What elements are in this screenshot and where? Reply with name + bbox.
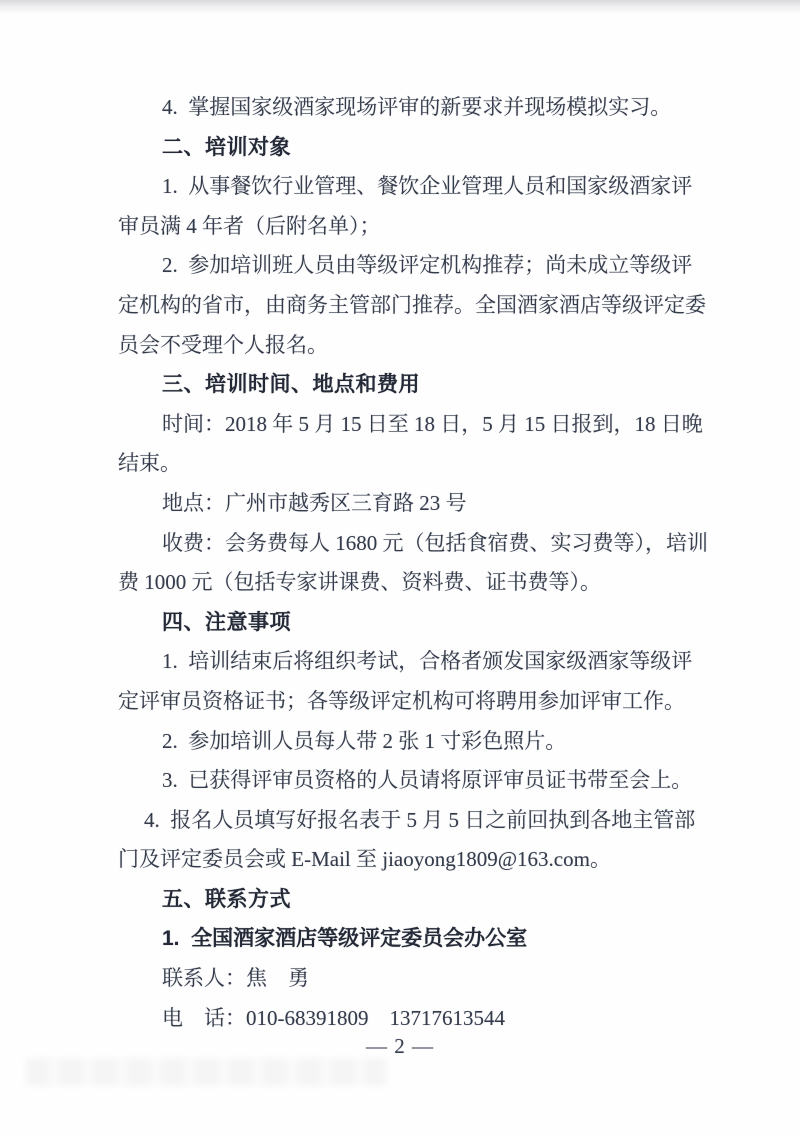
doc-line: 2. 参加培训班人员由等级评定机构推荐；尚未成立等级评 (118, 246, 758, 286)
doc-line: 4. 掌握国家级酒家现场评审的新要求并现场模拟实习。 (118, 88, 758, 128)
doc-line: 定评审员资格证书；各等级评定机构可将聘用参加评审工作。 (118, 682, 758, 722)
doc-line: 4. 报名人员填写好报名表于 5 月 5 日之前回执到各地主管部 (118, 801, 758, 841)
doc-line: 1. 培训结束后将组织考试，合格者颁发国家级酒家等级评 (118, 642, 758, 682)
section-heading: 二、培训对象 (118, 128, 758, 168)
doc-line: 门及评定委员会或 E-Mail 至 jiaoyong1809@163.com。 (118, 840, 758, 880)
doc-line: 收费：会务费每人 1680 元（包括食宿费、实习费等），培训 (118, 524, 758, 564)
doc-line: 2. 参加培训人员每人带 2 张 1 寸彩色照片。 (118, 722, 758, 762)
section-heading: 四、注意事项 (118, 603, 758, 643)
doc-line: 地点：广州市越秀区三育路 23 号 (118, 484, 758, 524)
doc-line-contact-person: 联系人：焦 勇 (118, 959, 758, 999)
doc-line: 员会不受理个人报名。 (118, 326, 758, 366)
doc-line-office-name: 1. 全国酒家酒店等级评定委员会办公室 (118, 919, 758, 959)
doc-line: 审员满 4 年者（后附名单）； (118, 207, 758, 247)
doc-line: 时间：2018 年 5 月 15 日至 18 日，5 月 15 日报到，18 日… (118, 405, 758, 445)
scan-edge-shadow (0, 0, 800, 14)
doc-line: 定机构的省市，由商务主管部门推荐。全国酒家酒店等级评定委 (118, 286, 758, 326)
section-heading: 三、培训时间、地点和费用 (118, 365, 758, 405)
doc-line: 3. 已获得评审员资格的人员请将原评审员证书带至会上。 (118, 761, 758, 801)
scan-bleed-artifact (26, 1058, 386, 1086)
doc-line: 1. 从事餐饮行业管理、餐饮企业管理人员和国家级酒家评 (118, 167, 758, 207)
page-number: — 2 — (0, 1031, 800, 1061)
scanned-document-page: 4. 掌握国家级酒家现场评审的新要求并现场模拟实习。 二、培训对象 1. 从事餐… (0, 0, 800, 1135)
doc-line: 结束。 (118, 444, 758, 484)
doc-line: 费 1000 元（包括专家讲课费、资料费、证书费等）。 (118, 563, 758, 603)
document-body: 4. 掌握国家级酒家现场评审的新要求并现场模拟实习。 二、培训对象 1. 从事餐… (118, 88, 758, 1038)
section-heading: 五、联系方式 (118, 880, 758, 920)
